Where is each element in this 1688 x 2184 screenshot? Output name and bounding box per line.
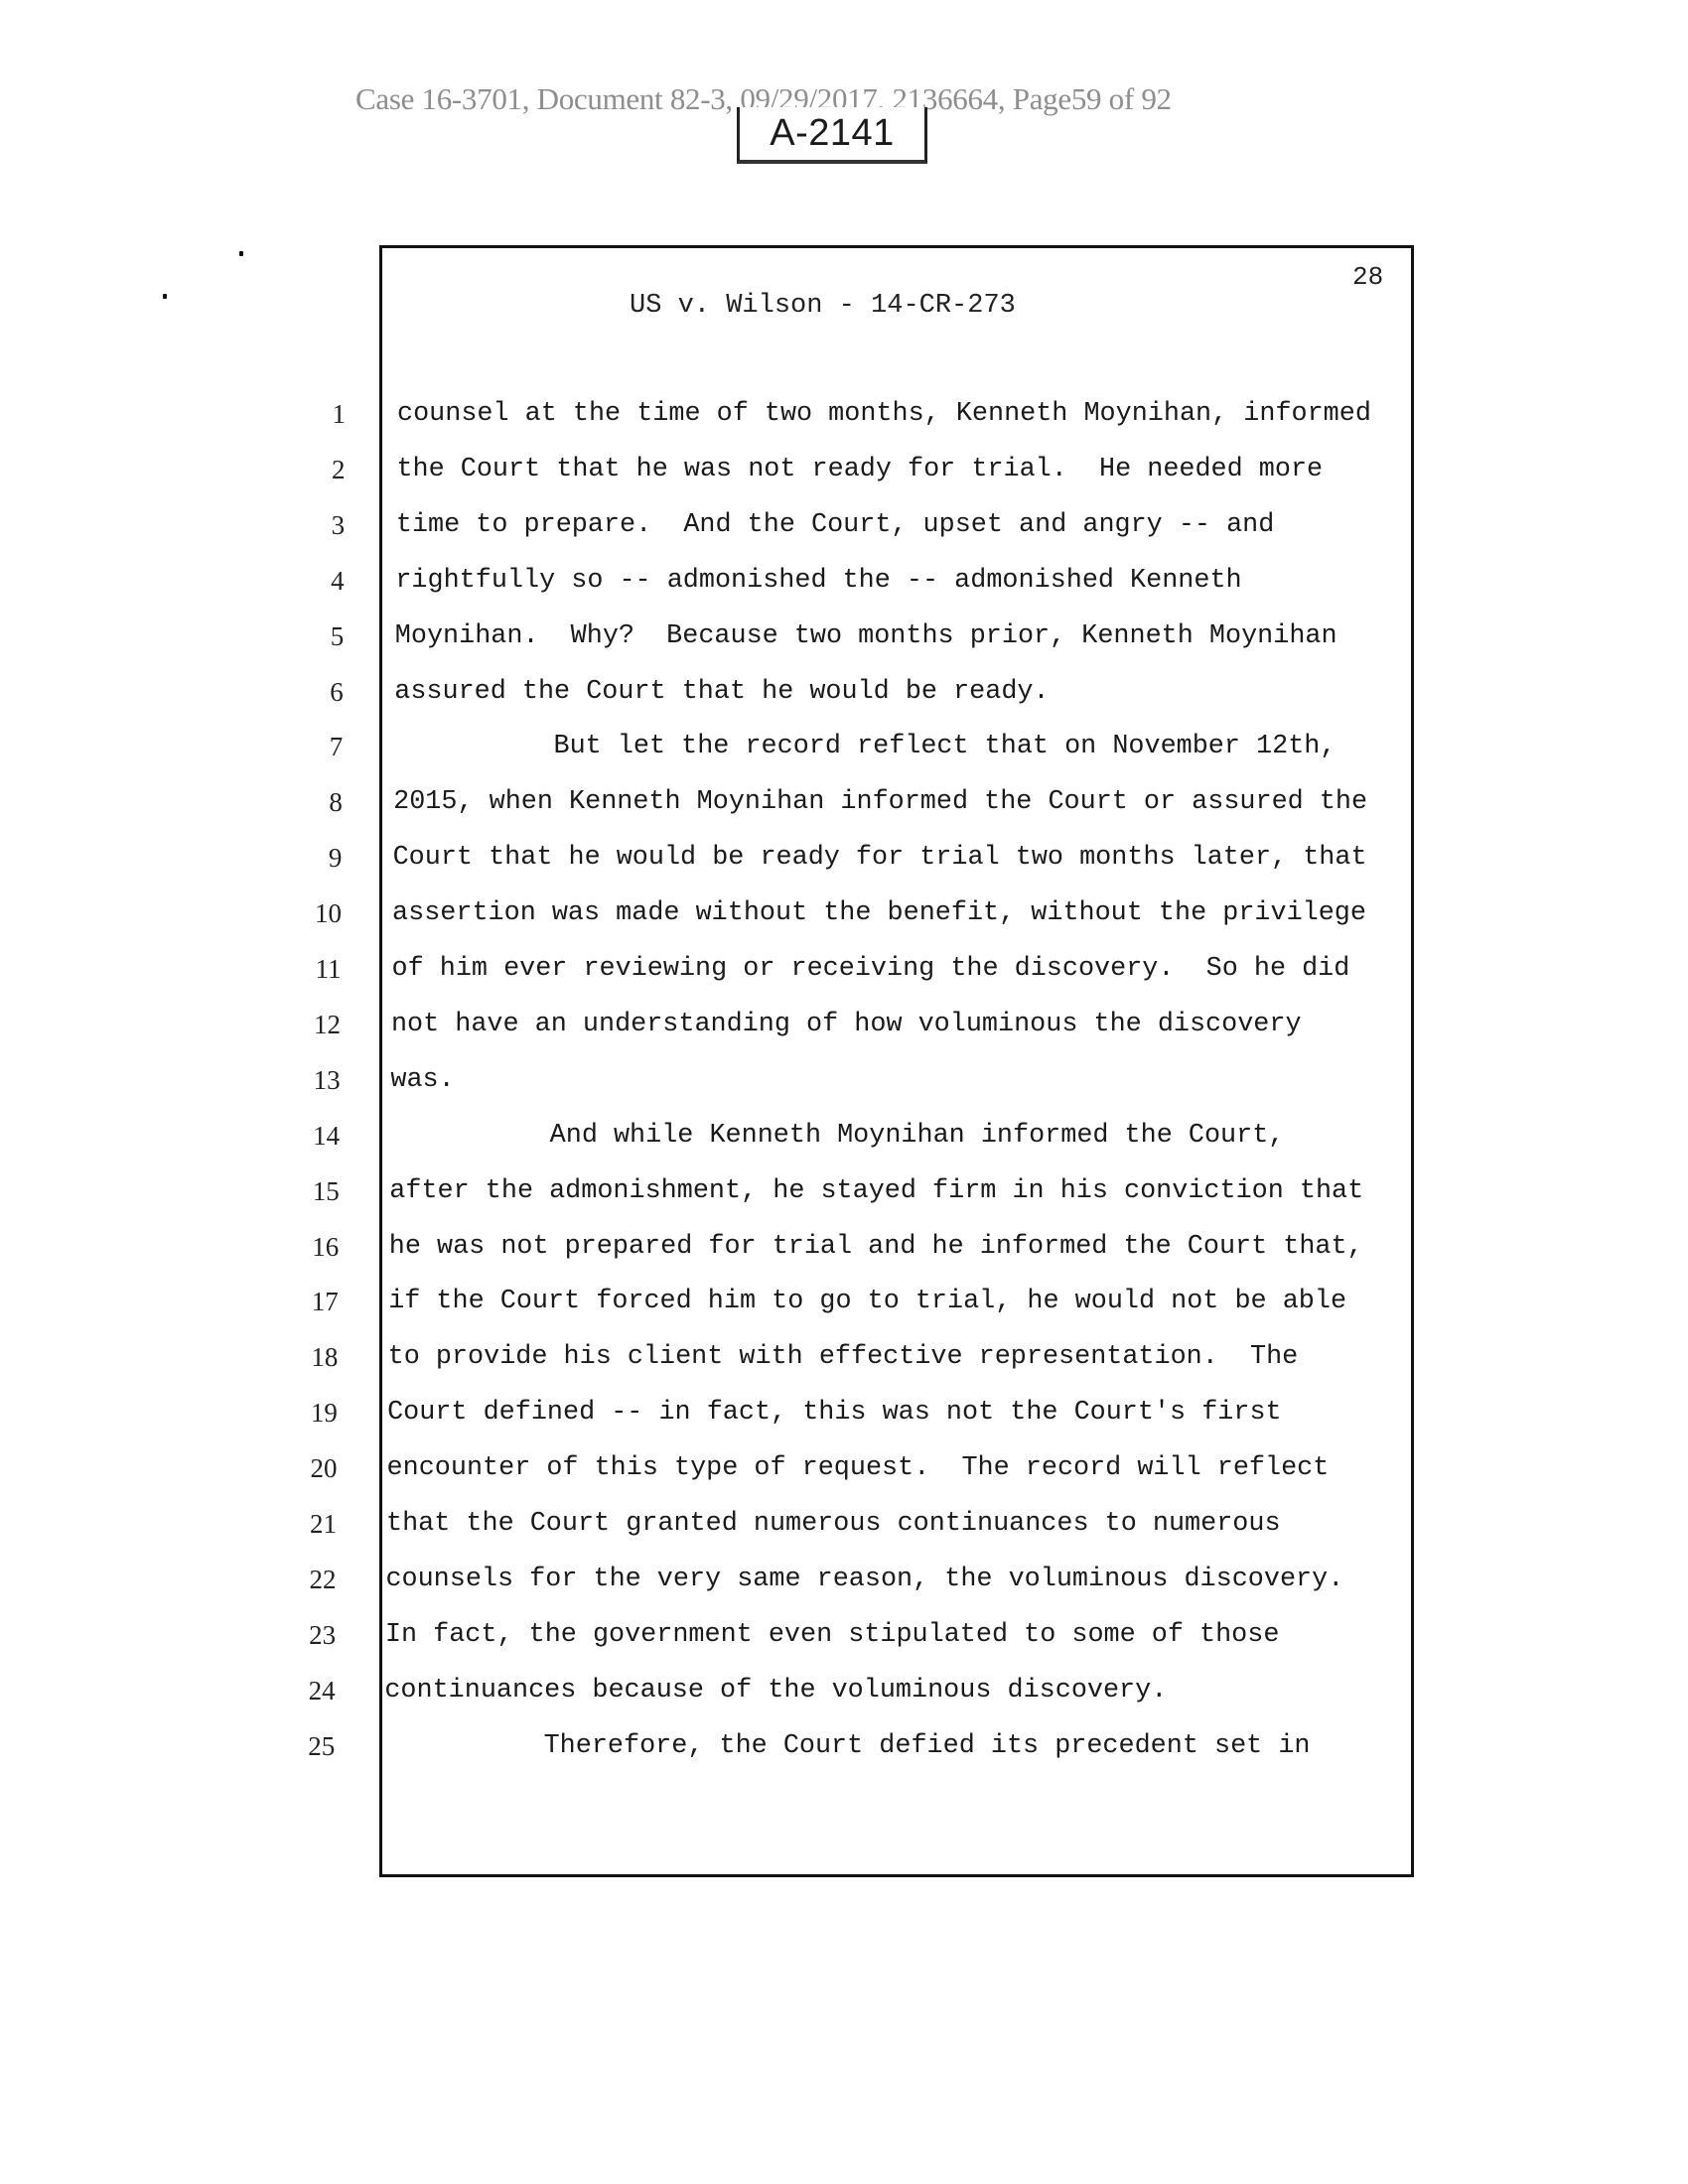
transcript-line: 10assertion was made without the benefit… (0, 896, 1688, 936)
line-number: 18 (280, 1340, 338, 1374)
transcript-line: 1counsel at the time of two months, Kenn… (0, 397, 1688, 437)
transcript-line: 13was. (0, 1063, 1688, 1103)
line-number: 21 (279, 1507, 337, 1541)
transcript-line: 3time to prepare. And the Court, upset a… (0, 508, 1688, 548)
transcript-line: 22counsels for the very same reason, the… (0, 1563, 1688, 1602)
transcript-line: 18to provide his client with effective r… (0, 1340, 1688, 1380)
line-number: 19 (280, 1396, 338, 1430)
line-number: 4 (287, 564, 345, 598)
transcript-line: 24continuances because of the voluminous… (0, 1674, 1688, 1713)
case-title: US v. Wilson - 14-CR-273 (630, 290, 1016, 322)
line-number: 8 (285, 785, 343, 819)
line-text: encounter of this type of request. The r… (387, 1451, 1330, 1485)
line-number: 25 (277, 1729, 335, 1763)
transcript-line: 7 But let the record reflect that on Nov… (0, 730, 1688, 769)
line-number: 5 (286, 619, 344, 653)
transcript-line: 20encounter of this type of request. The… (0, 1451, 1688, 1491)
line-number: 11 (284, 952, 342, 986)
line-text: 2015, when Kenneth Moynihan informed the… (393, 785, 1367, 819)
line-number: 3 (287, 508, 345, 542)
line-number: 6 (286, 675, 344, 709)
line-text: time to prepare. And the Court, upset an… (396, 508, 1274, 542)
transcript-line: 11of him ever reviewing or receiving the… (0, 952, 1688, 992)
line-text: And while Kenneth Moynihan informed the … (390, 1119, 1285, 1153)
transcript-line: 9Court that he would be ready for trial … (0, 841, 1688, 881)
line-number: 17 (281, 1285, 339, 1318)
line-number: 24 (278, 1674, 336, 1707)
transcript-line: 12not have an understanding of how volum… (0, 1008, 1688, 1047)
line-number: 16 (281, 1230, 339, 1264)
transcript-line: 25 Therefore, the Court defied its prece… (0, 1729, 1688, 1769)
transcript-line: 2the Court that he was not ready for tri… (0, 453, 1688, 492)
line-number: 9 (284, 841, 342, 875)
line-text: Moynihan. Why? Because two months prior,… (395, 619, 1337, 653)
line-number: 15 (282, 1174, 340, 1208)
exhibit-stamp: A-2141 (737, 107, 927, 164)
transcript-line: 4rightfully so -- admonished the -- admo… (0, 564, 1688, 604)
scan-speck (239, 251, 243, 256)
line-text: But let the record reflect that on Novem… (394, 730, 1336, 763)
line-text: Therefore, the Court defied its preceden… (384, 1729, 1311, 1763)
transcript-line: 23In fact, the government even stipulate… (0, 1618, 1688, 1658)
transcript-line: 5Moynihan. Why? Because two months prior… (0, 619, 1688, 659)
line-text: Court that he would be ready for trial t… (393, 841, 1367, 875)
line-text: that the Court granted numerous continua… (386, 1507, 1281, 1541)
line-text: rightfully so -- admonished the -- admon… (395, 564, 1241, 598)
line-number: 23 (278, 1618, 336, 1652)
line-text: counsel at the time of two months, Kenne… (397, 397, 1371, 431)
scan-speck (163, 294, 167, 299)
line-text: he was not prepared for trial and he inf… (389, 1230, 1363, 1264)
line-number: 12 (283, 1008, 341, 1041)
line-text: not have an understanding of how volumin… (391, 1008, 1302, 1041)
transcript-line: 82015, when Kenneth Moynihan informed th… (0, 785, 1688, 825)
line-text: after the admonishment, he stayed firm i… (389, 1174, 1363, 1208)
transcript-line: 14 And while Kenneth Moynihan informed t… (0, 1119, 1688, 1159)
line-text: Court defined -- in fact, this was not t… (387, 1396, 1282, 1430)
line-text: of him ever reviewing or receiving the d… (392, 952, 1350, 986)
line-text: assertion was made without the benefit, … (392, 896, 1366, 930)
transcript-line: 17if the Court forced him to go to trial… (0, 1285, 1688, 1324)
line-number: 7 (285, 730, 343, 763)
transcript-line: 15after the admonishment, he stayed firm… (0, 1174, 1688, 1214)
line-text: the Court that he was not ready for tria… (396, 453, 1323, 486)
line-text: counsels for the very same reason, the v… (385, 1563, 1343, 1596)
transcript-line: 19Court defined -- in fact, this was not… (0, 1396, 1688, 1435)
line-number: 2 (288, 453, 346, 486)
line-text: continuances because of the voluminous d… (384, 1674, 1167, 1707)
line-text: was. (390, 1063, 454, 1097)
line-number: 14 (282, 1119, 340, 1153)
line-number: 22 (279, 1563, 337, 1596)
line-number: 1 (288, 397, 346, 431)
line-text: if the Court forced him to go to trial, … (388, 1285, 1346, 1318)
line-number: 13 (283, 1063, 341, 1097)
line-number: 20 (279, 1451, 337, 1485)
line-number: 10 (284, 896, 342, 930)
transcript-line: 21that the Court granted numerous contin… (0, 1507, 1688, 1547)
page-number: 28 (1352, 262, 1383, 292)
line-text: In fact, the government even stipulated … (385, 1618, 1280, 1652)
line-text: to provide his client with effective rep… (388, 1340, 1299, 1374)
transcript-line: 16he was not prepared for trial and he i… (0, 1230, 1688, 1270)
transcript-line: 6assured the Court that he would be read… (0, 675, 1688, 715)
line-text: assured the Court that he would be ready… (394, 675, 1049, 709)
